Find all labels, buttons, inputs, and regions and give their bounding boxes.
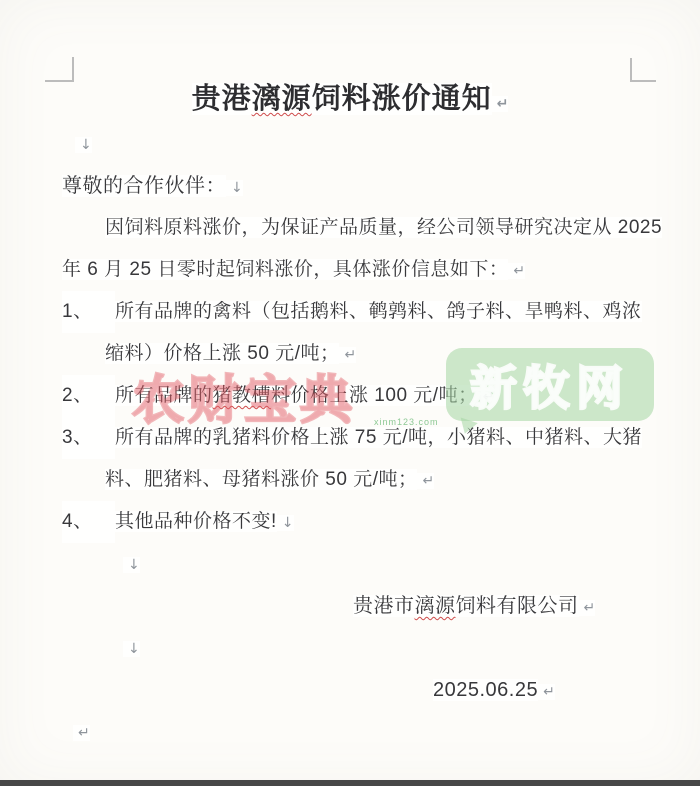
paragraph-mark: ↓	[123, 557, 140, 573]
list-number: 2、	[62, 375, 115, 417]
title-misspelled-run: 漓源	[252, 83, 312, 115]
list-number: 1、	[62, 291, 115, 333]
misspelled-run: 漓源	[415, 595, 456, 617]
empty-paragraph-line: ↓	[62, 543, 647, 585]
text-run: 料价格上涨 100 元/吨；	[271, 385, 478, 406]
intro-line-2: 年 6 月 25 日零时起饲料涨价，具体涨价信息如下：↵	[62, 249, 647, 291]
text-run: 所有品牌的禽料（包括鹅料、鹌鹑料、鸽子料、旱鸭料、鸡浓	[115, 301, 642, 322]
paragraph-mark: ↓	[277, 515, 294, 531]
date-line: 2025.06.25↵	[62, 669, 647, 711]
paragraph-mark: ↓	[123, 641, 140, 657]
paragraph-mark: ↵	[579, 600, 596, 616]
text-run: 所有品牌的	[115, 385, 213, 406]
title-text-run: 饲料涨价通知	[312, 83, 492, 115]
page-title: 贵港漓源饲料涨价通知↵	[0, 79, 700, 124]
salutation-line: 尊敬的合作伙伴：↓	[62, 165, 647, 207]
list-item-1-line-2: 缩料）价格上涨 50 元/吨；↵	[62, 333, 647, 375]
list-item-1-line-1: 1、所有品牌的禽料（包括鹅料、鹌鹑料、鸽子料、旱鸭料、鸡浓	[62, 291, 647, 333]
list-item-4: 4、其他品种价格不变!↓	[62, 501, 647, 543]
list-item-3-line-2: 料、肥猪料、母猪料涨价 50 元/吨；↵	[62, 459, 647, 501]
text-run: 所有品牌的乳猪料价格上涨 75 元/吨，小猪料、中猪料、大猪	[115, 427, 642, 448]
title-text-run: 贵港	[192, 83, 252, 115]
paragraph-mark: ↓	[226, 180, 243, 196]
document-body: ↓ 尊敬的合作伙伴：↓ 因饲料原料涨价，为保证产品质量，经公司领导研究决定从 2…	[62, 123, 647, 753]
empty-paragraph-line: ↵	[62, 711, 647, 753]
paragraph-mark: ↓	[75, 137, 92, 153]
text-run: 贵港市	[353, 595, 415, 617]
empty-paragraph-line: ↓	[62, 627, 647, 669]
text-run: 2025.06.25	[433, 679, 538, 701]
paragraph-mark: ↵	[478, 389, 495, 405]
list-item-2: 2、所有品牌的猪教槽料价格上涨 100 元/吨；↵	[62, 375, 647, 417]
paragraph-mark: ↵	[492, 96, 509, 112]
paragraph-mark: ↵	[417, 473, 434, 489]
list-number: 3、	[62, 417, 115, 459]
paragraph-mark: ↵	[508, 263, 525, 279]
paragraph-mark: ↵	[339, 347, 356, 363]
document-page: 贵港漓源饲料涨价通知↵ ↓ 尊敬的合作伙伴：↓ 因饲料原料涨价，为保证产品质量，…	[0, 0, 700, 786]
list-number: 4、	[62, 501, 115, 543]
signature-line: 贵港市漓源饲料有限公司↵	[62, 585, 647, 627]
paragraph-mark: ↵	[538, 684, 555, 700]
bottom-edge-bar	[0, 780, 700, 786]
intro-line-1: 因饲料原料涨价，为保证产品质量，经公司领导研究决定从 2025	[62, 207, 647, 249]
empty-paragraph-line: ↓	[62, 123, 647, 165]
text-run: 因饲料原料涨价，为保证产品质量，经公司领导研究决定从 2025	[105, 217, 662, 238]
text-run: 料、肥猪料、母猪料涨价 50 元/吨；	[105, 469, 417, 490]
text-run: 其他品种价格不变!	[115, 511, 277, 532]
text-run: 尊敬的合作伙伴：	[62, 175, 226, 197]
text-run: 饲料有限公司	[456, 595, 579, 617]
paragraph-mark: ↵	[73, 725, 90, 741]
text-run: 缩料）价格上涨 50 元/吨；	[105, 343, 339, 364]
text-run: 年 6 月 25 日零时起饲料涨价，具体涨价信息如下：	[62, 259, 508, 280]
misspelled-run: 猪教槽	[213, 385, 272, 406]
list-item-3-line-1: 3、所有品牌的乳猪料价格上涨 75 元/吨，小猪料、中猪料、大猪	[62, 417, 647, 459]
